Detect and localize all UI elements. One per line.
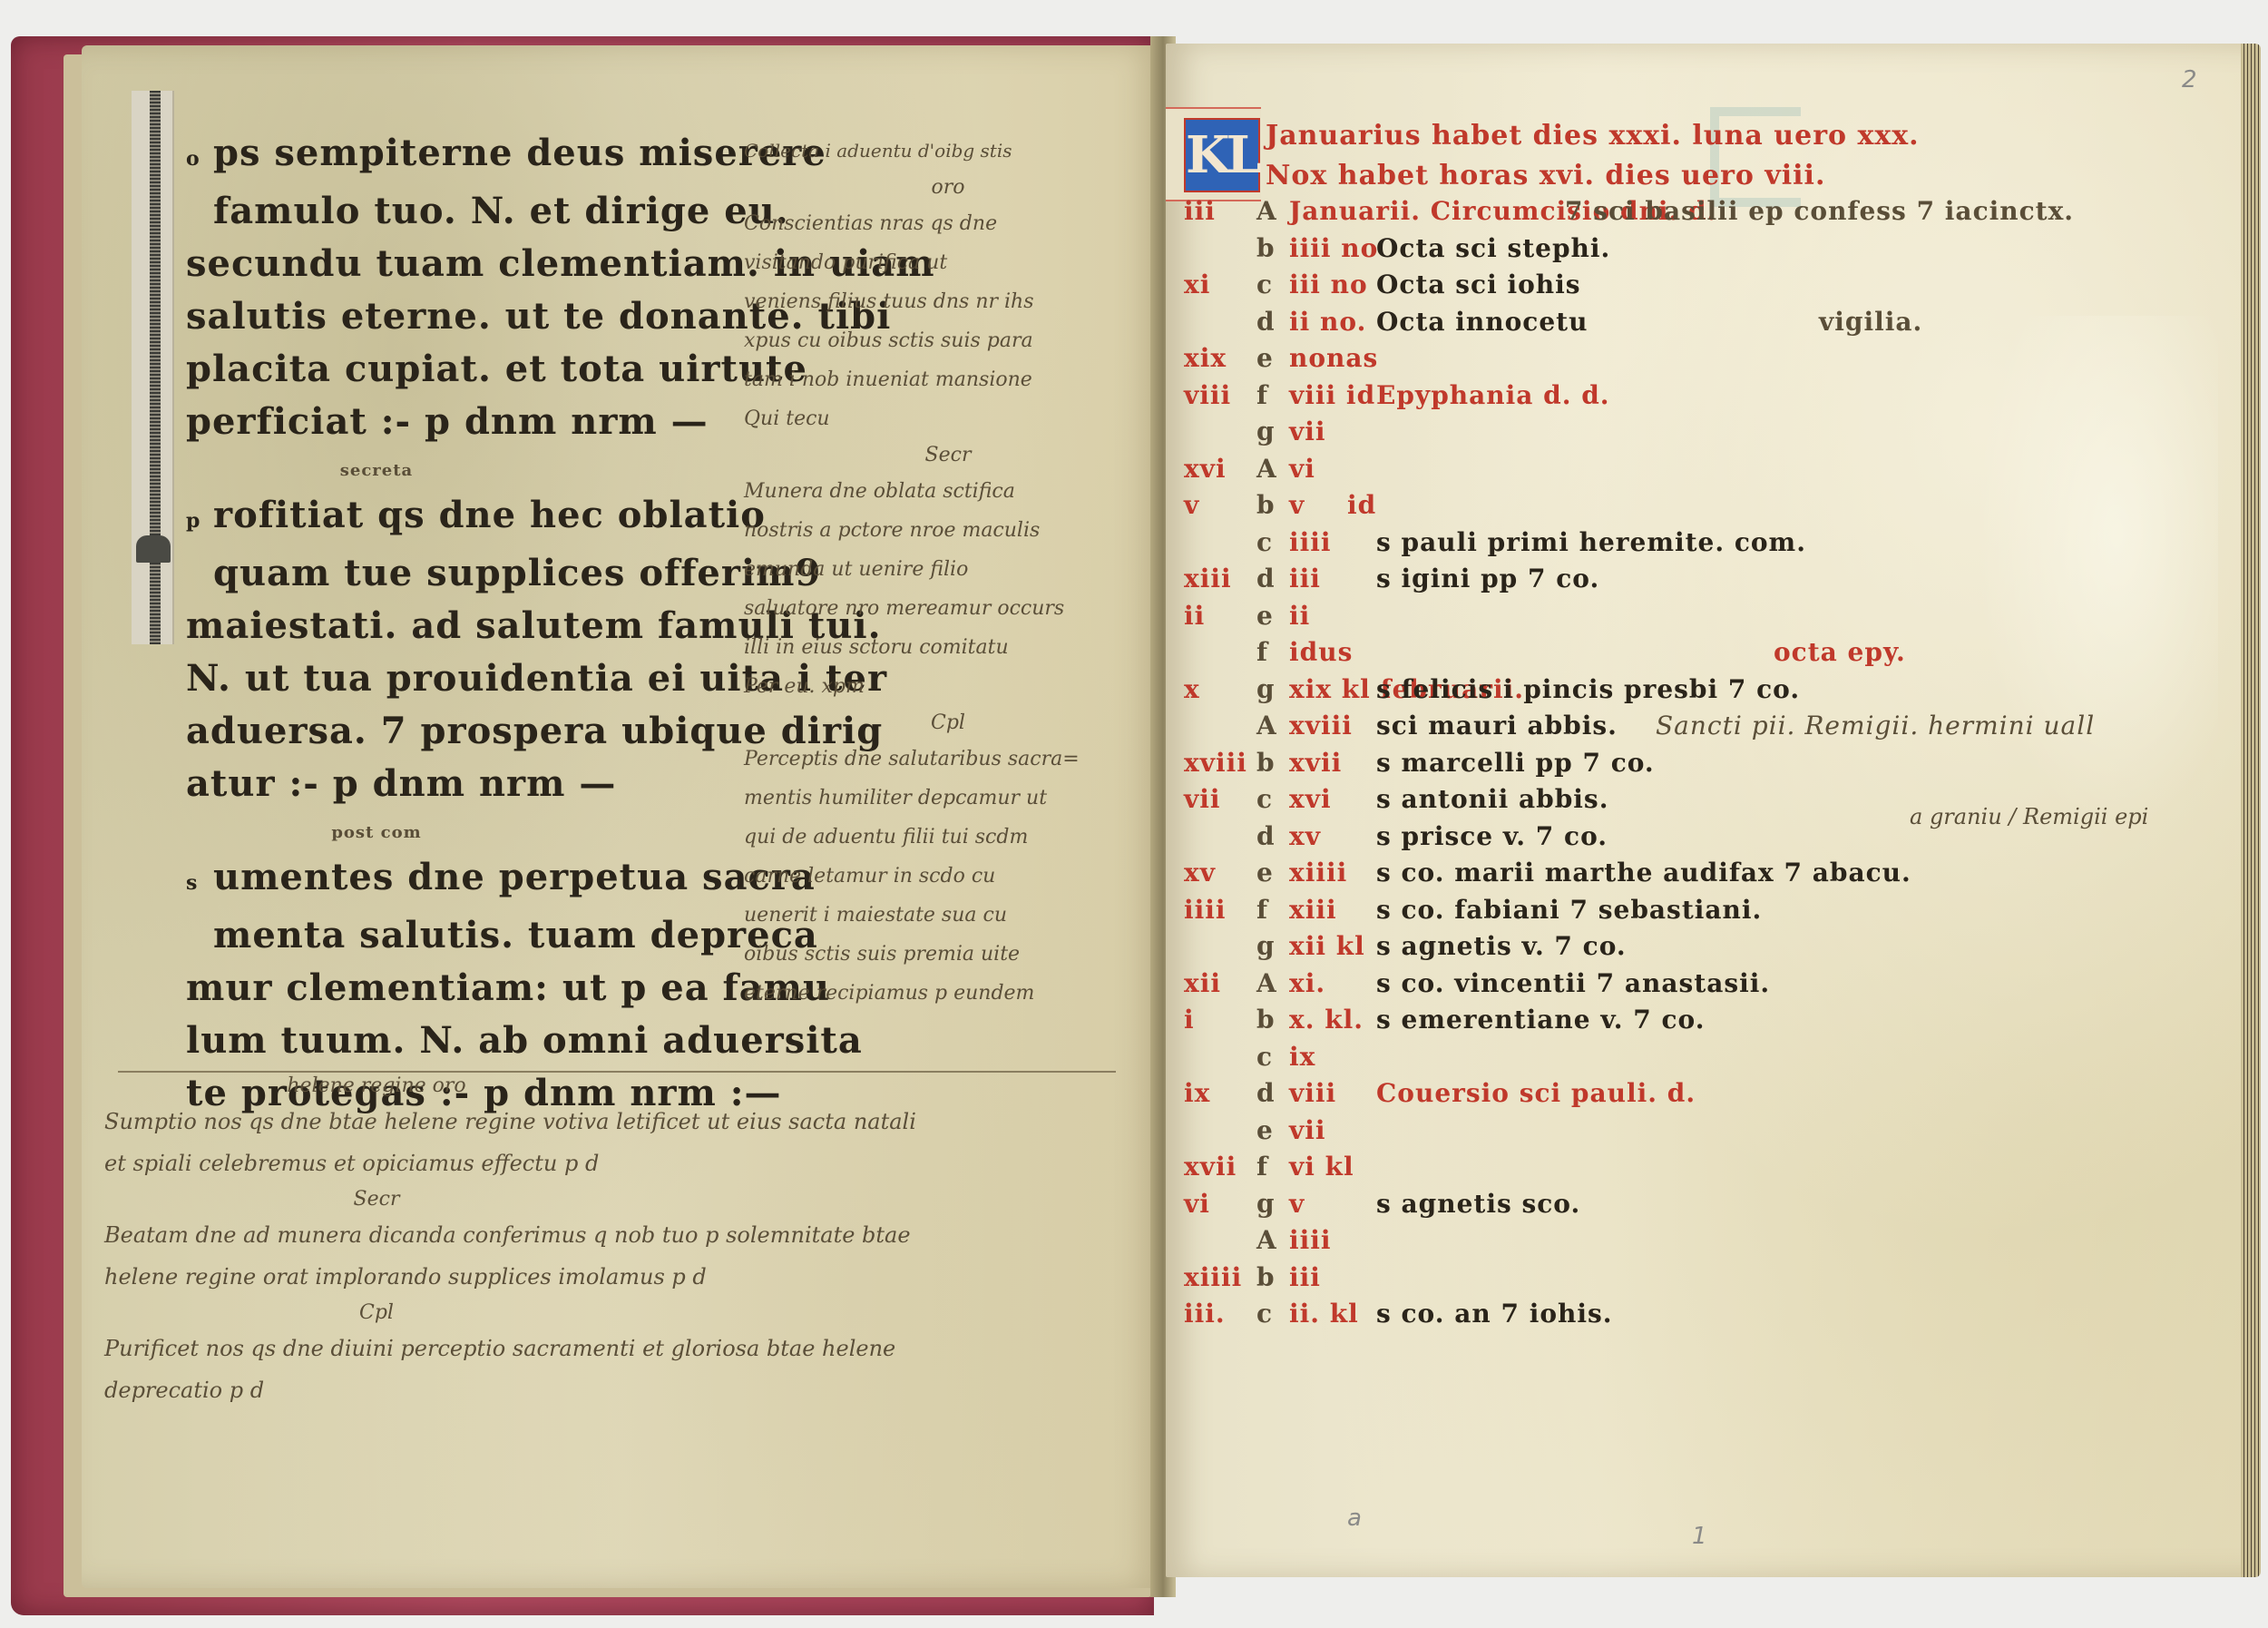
text-line: umentes dne perpetua sacra (213, 856, 816, 898)
roman-date-extra: id (1347, 490, 1376, 520)
text-line: oibus sctis suis premia uite (744, 935, 1152, 974)
roman-date: xviii (1289, 711, 1353, 740)
column-engraving-pastedown (132, 91, 174, 644)
text-line: maiestati. ad salutem famuli tui. (186, 600, 812, 652)
kl-letters: KL (1184, 118, 1260, 192)
text-line: Conscientias nras qs dne (744, 204, 1152, 243)
marginal-section: oro Conscientias nras qs dne visitando p… (744, 176, 1152, 438)
text-line: quam tue supplices offerim9 (186, 547, 812, 600)
dominical-letter: e (1256, 601, 1274, 631)
dominical-letter: c (1256, 1042, 1273, 1072)
dominical-letter: c (1256, 270, 1273, 299)
feast-entry: s marcelli pp 7 co. (1376, 748, 1655, 778)
dominical-letter: b (1256, 1262, 1276, 1292)
roman-date: iiii (1289, 527, 1332, 557)
dominical-letter: d (1256, 1078, 1276, 1108)
roman-date: iiii (1289, 1225, 1332, 1255)
header-line: Nox habet horas xvi. dies uero viii. (1266, 156, 1920, 196)
feast-entry: s prisce v. 7 co. (1376, 821, 1608, 851)
dominical-letter: g (1256, 931, 1276, 961)
text-line: atur :- p dnm nrm — (186, 758, 812, 810)
golden-number: iiii (1184, 895, 1227, 925)
feast-entry: s felicis i pincis presbi 7 co. (1376, 674, 1800, 704)
golden-number: ix (1184, 1078, 1210, 1108)
feast-entry: s igini pp 7 co. (1376, 564, 1599, 593)
dominical-letter: d (1256, 564, 1276, 593)
golden-number: xvii (1184, 1152, 1237, 1182)
dominical-letter: e (1256, 1115, 1274, 1145)
feast-entry: s pauli primi heremite. com. (1376, 527, 1806, 557)
dominical-letter: A (1256, 454, 1277, 484)
feast-addition: Sancti pii. Remigii. hermini uall (1656, 711, 2095, 740)
golden-number: iii (1184, 196, 1216, 226)
section-heading: post com (186, 823, 567, 842)
text-line: illi in eius sctoru comitatu (744, 628, 1152, 667)
marginal-title: Collecta i aduentu d'oibg stis (744, 132, 1152, 171)
roman-date: nonas (1289, 343, 1378, 373)
roman-date: x. kl. (1289, 1005, 1364, 1035)
text-line: rofitiat qs dne hec oblatio (213, 494, 766, 536)
text-line: secundu tuam clementiam. in uiam (186, 238, 812, 290)
feast-entry: s co. an 7 iohis. (1376, 1299, 1613, 1329)
roman-date: iii (1289, 564, 1321, 593)
guide-initial: s (186, 857, 213, 909)
golden-number: xvi (1184, 454, 1227, 484)
dominical-letter: A (1256, 711, 1277, 740)
collect-block: ops sempiterne deus miserere famulo tuo.… (186, 127, 812, 448)
feast-entry: Epyphania d. d. (1376, 380, 1610, 410)
dominical-letter: b (1256, 233, 1276, 263)
golden-number: iii. (1184, 1299, 1226, 1329)
feast-entry: s co. marii marthe audifax 7 abacu. (1376, 858, 1911, 888)
bottom-prayer-block: helene regine oro Sumptio nos qs dne bta… (104, 1071, 1148, 1411)
feast-entry: s agnetis sco. (1376, 1189, 1580, 1219)
section-heading: Cpl (744, 711, 1152, 734)
text-line: mur clementiam: ut p ea famu (186, 962, 812, 1015)
guide-initial: o (186, 132, 213, 185)
text-line: nostris a pctore nroe maculis (744, 511, 1152, 550)
dominical-letter: f (1256, 637, 1268, 667)
roman-date: iiii no (1289, 233, 1378, 263)
text-line: famulo tuo. N. et dirige eu. (186, 185, 812, 238)
text-line: Perceptis dne salutaribus sacra= (744, 740, 1152, 779)
text-line: deprecatio p d (104, 1369, 1148, 1411)
section-heading: Secr (104, 1188, 649, 1211)
roman-date: vii (1289, 1115, 1326, 1145)
dominical-letter: A (1256, 1225, 1277, 1255)
marginal-section: Cpl Perceptis dne salutaribus sacra= men… (744, 711, 1152, 1013)
text-line: xpus cu oibus sctis suis para (744, 321, 1152, 360)
roman-date: iii (1289, 1262, 1321, 1292)
feast-entry: s emerentiane v. 7 co. (1376, 1005, 1705, 1035)
feast-addition: octa epy. (1774, 637, 1906, 667)
secreta-block: secreta profitiat qs dne hec oblatio qua… (186, 461, 812, 810)
marginal-prayer-column: Collecta i aduentu d'oibg stis oro Consc… (744, 132, 1152, 1013)
dominical-letter: e (1256, 343, 1274, 373)
golden-number: xii (1184, 968, 1221, 998)
text-line: eterne recipiamus p eundem (744, 974, 1152, 1013)
text-line: et spiali celebremus et opiciamus effect… (104, 1143, 1148, 1184)
text-line: ps sempiterne deus miserere (213, 132, 826, 174)
main-prayer-column: ops sempiterne deus miserere famulo tuo.… (186, 127, 812, 1120)
feast-entry: Octa innocetu (1376, 307, 1588, 337)
text-line: Beatam dne ad munera dicanda conferimus … (104, 1214, 1148, 1256)
feast-entry: s co. fabiani 7 sebastiani. (1376, 895, 1762, 925)
text-line: emunda ut uenire filio (744, 550, 1152, 589)
dominical-letter: g (1256, 1189, 1276, 1219)
section-heading: Cpl (104, 1301, 649, 1324)
text-line: veniens filius tuus dns nr ihs (744, 282, 1152, 321)
feast-entry: Couersio sci pauli. d. (1376, 1078, 1696, 1108)
dominical-letter: A (1256, 968, 1277, 998)
text-line: Sumptio nos qs dne btae helene regine vo… (104, 1101, 1148, 1143)
dominical-letter: c (1256, 1299, 1273, 1329)
golden-number: xi (1184, 270, 1210, 299)
roman-date: xi. (1289, 968, 1325, 998)
dominical-letter: d (1256, 307, 1276, 337)
text-line: tam i nob inueniat mansione (744, 360, 1152, 399)
golden-number: xix (1184, 343, 1227, 373)
dominical-letter: b (1256, 748, 1276, 778)
roman-date: iii no (1289, 270, 1368, 299)
golden-number: v (1184, 490, 1199, 520)
section-heading: oro (744, 176, 1152, 199)
pencil-mark: 2 (2182, 66, 2197, 93)
feast-entry: s agnetis v. 7 co. (1376, 931, 1627, 961)
dominical-letter: b (1256, 1005, 1276, 1035)
marginal-section: Secr Munera dne oblata sctifica nostris … (744, 444, 1152, 706)
roman-date: idus (1289, 637, 1353, 667)
page-edges (2241, 44, 2261, 1577)
text-line: aduersa. 7 prospera ubique dirig (186, 705, 812, 758)
feast-entry: Octa sci iohis (1376, 270, 1581, 299)
text-line: Qui tecu (744, 399, 1152, 438)
roman-date: viii id (1289, 380, 1375, 410)
roman-date: xiiii (1289, 858, 1347, 888)
roman-date: ii no. (1289, 307, 1366, 337)
golden-number: x (1184, 674, 1200, 704)
golden-number: xiiii (1184, 1262, 1242, 1292)
golden-number: vi (1184, 1189, 1210, 1219)
right-page-calendar: KL Januarius habet dies xxxi. luna uero … (1166, 44, 2254, 1577)
roman-date: v (1289, 1189, 1305, 1219)
golden-number: xviii (1184, 748, 1247, 778)
feast-addition: vigilia. (1819, 307, 1922, 337)
text-line: Munera dne oblata sctifica (744, 472, 1152, 511)
text-line: carne letamur in scdo cu (744, 857, 1152, 896)
dominical-letter: f (1256, 380, 1268, 410)
roman-date: xii kl (1289, 931, 1365, 961)
roman-date: ix (1289, 1042, 1315, 1072)
feast-entry: sci mauri abbis. (1376, 711, 1618, 740)
feast-entry: s antonii abbis. (1376, 784, 1608, 814)
feast-addition: 7 sci basilii ep confess 7 iacinctx. (1565, 196, 2074, 226)
section-heading: helene regine oro (104, 1074, 649, 1097)
roman-date: viii (1289, 1078, 1336, 1108)
dominical-letter: g (1256, 674, 1276, 704)
section-heading: secreta (186, 461, 567, 480)
marginal-annotation: a graniu / Remigii epi (1910, 804, 2148, 829)
dominical-letter: c (1256, 527, 1273, 557)
section-heading: Secr (744, 444, 1152, 466)
roman-date: vi (1289, 454, 1315, 484)
text-line: perficiat :- p dnm nrm — (186, 396, 812, 448)
left-page: ops sempiterne deus miserere famulo tuo.… (82, 45, 1161, 1588)
dominical-letter: f (1256, 895, 1268, 925)
dominical-letter: c (1256, 784, 1273, 814)
roman-date: vi kl (1289, 1152, 1354, 1182)
kl-illuminated-initial: KL (1166, 107, 1261, 201)
text-line: Per eu. xpm (744, 667, 1152, 706)
dominical-letter: g (1256, 417, 1276, 446)
feast-entry: s co. vincentii 7 anastasii. (1376, 968, 1770, 998)
text-line: helene regine orat implorando supplices … (104, 1256, 1148, 1298)
golden-number: xv (1184, 858, 1216, 888)
text-line: uenerit i maiestate sua cu (744, 896, 1152, 935)
text-line: saluatore nro mereamur occurs (744, 589, 1152, 628)
roman-date: ii (1289, 601, 1310, 631)
golden-number: viii (1184, 380, 1231, 410)
golden-number: ii (1184, 601, 1205, 631)
text-line: qui de aduentu filii tui scdm (744, 818, 1152, 857)
text-line: visitando purifica ut (744, 243, 1152, 282)
text-line: menta salutis. tuam depreca (186, 909, 812, 962)
month-header: Januarius habet dies xxxi. luna uero xxx… (1266, 116, 1920, 196)
dominical-letter: b (1256, 490, 1276, 520)
text-line: mentis humiliter depcamur ut (744, 779, 1152, 818)
roman-date: xv (1289, 821, 1321, 851)
parchment-wrinkle (1964, 316, 2218, 860)
roman-date: xvii (1289, 748, 1342, 778)
text-line: N. ut tua prouidentia ei uita i ter (186, 652, 812, 705)
roman-date: vii (1289, 417, 1326, 446)
text-line: salutis eterne. ut te donante. tibi (186, 290, 812, 343)
feast-entry: Octa sci stephi. (1376, 233, 1610, 263)
roman-date: v (1289, 490, 1305, 520)
text-line: lum tuum. N. ab omni aduersita (186, 1015, 812, 1067)
dominical-letter: A (1256, 196, 1277, 226)
dominical-letter: d (1256, 821, 1276, 851)
pencil-mark: 1 (1692, 1523, 1707, 1550)
dominical-letter: f (1256, 1152, 1268, 1182)
column-base-icon (136, 535, 171, 563)
dominical-letter: e (1256, 858, 1274, 888)
guide-initial: p (186, 495, 213, 547)
golden-number: xiii (1184, 564, 1232, 593)
roman-date: xiii (1289, 895, 1337, 925)
text-line: Purificet nos qs dne diuini perceptio sa… (104, 1328, 1148, 1369)
golden-number: vii (1184, 784, 1221, 814)
golden-number: i (1184, 1005, 1195, 1035)
pencil-mark: a (1347, 1505, 1362, 1532)
header-line: Januarius habet dies xxxi. luna uero xxx… (1266, 116, 1920, 156)
roman-date: xvi (1289, 784, 1332, 814)
text-line: placita cupiat. et tota uirtute (186, 343, 812, 396)
roman-date: ii. kl (1289, 1299, 1359, 1329)
